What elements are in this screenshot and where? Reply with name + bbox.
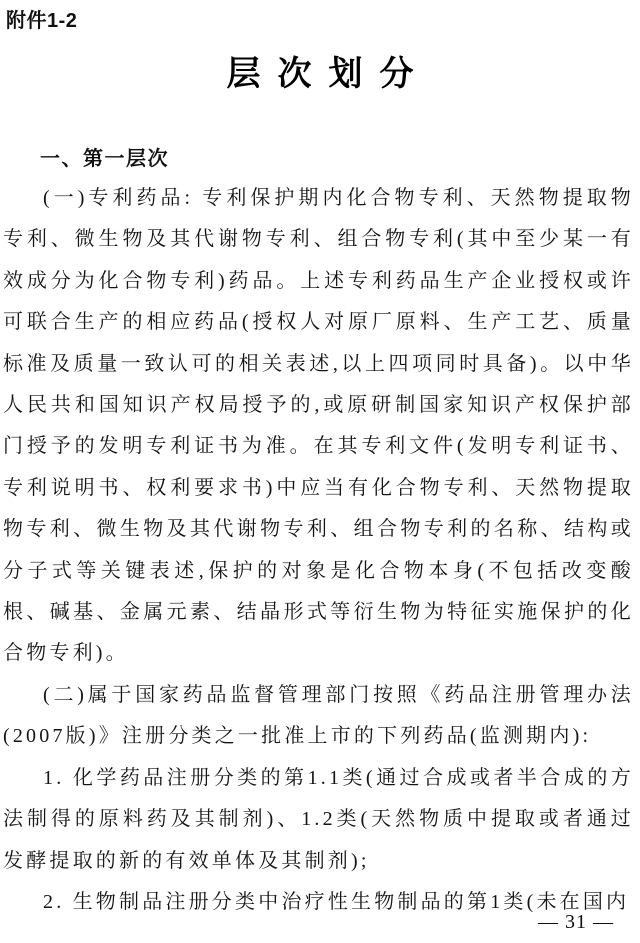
paragraph-patent-drugs: (一)专利药品: 专利保护期内化合物专利、天然物提取物专利、微生物及其代谢物专利…: [3, 178, 634, 675]
document-title: 层次划分: [0, 46, 640, 95]
paragraph-item-1-chemical-drugs: 1. 化学药品注册分类的第1.1类(通过合成或者半合成的方法制得的原料药及其制剂…: [3, 758, 634, 882]
document-page: 附件1-2 层次划分 一、第一层次 (一)专利药品: 专利保护期内化合物专利、天…: [0, 0, 640, 943]
section-heading-first-level: 一、第一层次: [40, 142, 169, 171]
attachment-label: 附件1-2: [6, 4, 77, 33]
page-number: — 31 —: [538, 911, 614, 934]
paragraph-registration-regulation: (二)属于国家药品监督管理部门按照《药品注册管理办法(2007版)》注册分类之一…: [3, 675, 634, 758]
document-body: (一)专利药品: 专利保护期内化合物专利、天然物提取物专利、微生物及其代谢物专利…: [3, 178, 634, 923]
